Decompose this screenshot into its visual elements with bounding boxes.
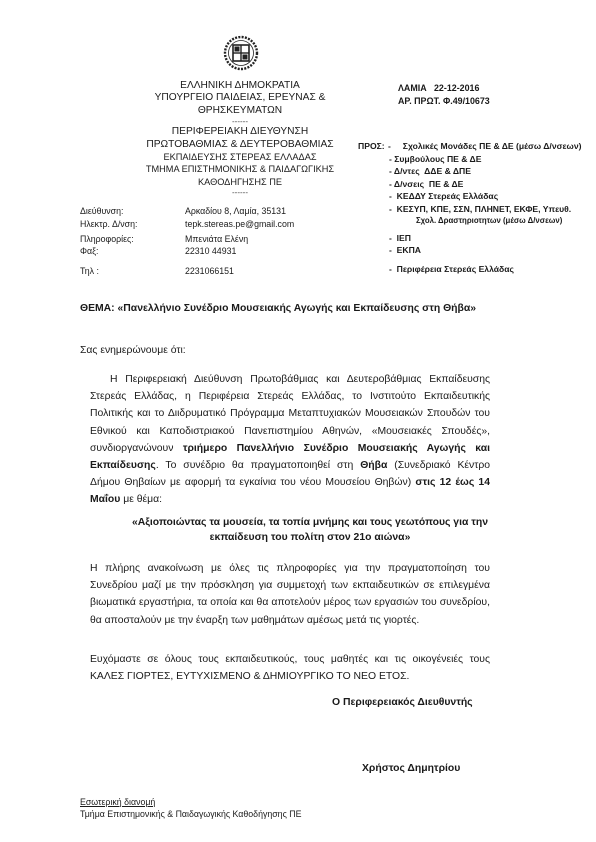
sender-line: ΠΕΡΙΦΕΡΕΙΑΚΗ ΔΙΕΥΘΥΝΣΗ xyxy=(100,126,380,138)
recipient-item: ΠΡΟΣ:- Σχολικές Μονάδες ΠΕ & ΔΕ (μέσω Δ/… xyxy=(358,140,581,153)
contact-email: Ηλεκτρ. Δ/νση: tepk.stereas.pe@gmail.com xyxy=(80,218,294,231)
sender-line: ΤΜΗΜΑ ΕΠΙΣΤΗΜΟΝΙΚΗΣ & ΠΑΙΔΑΓΩΓΙΚΗΣ xyxy=(100,163,380,175)
contact-phone: Τηλ : 2231066151 xyxy=(80,265,294,278)
conference-location: Θήβα xyxy=(360,460,387,471)
sender-line: ΕΛΛΗΝΙΚΗ ΔΗΜΟΚΡΑΤΙΑ xyxy=(100,80,380,92)
protocol-number: ΑΡ. ΠΡΩΤ. Φ.49/10673 xyxy=(398,95,490,108)
recipient-item: - ΙΕΠ xyxy=(358,232,581,245)
internal-distribution: Εσωτερική διανομή Τμήμα Επιστημονικής & … xyxy=(80,796,301,821)
contact-label: Διεύθυνση: xyxy=(80,205,185,218)
separator: ------ xyxy=(100,117,380,126)
internal-distribution-item: Τμήμα Επιστημονικής & Παιδαγωγικής Καθοδ… xyxy=(80,808,301,820)
sender-line: ΥΠΟΥΡΓΕΙΟ ΠΑΙΔΕΙΑΣ, ΕΡΕΥΝΑΣ & xyxy=(100,92,380,104)
signature-title: Ο Περιφερειακός Διευθυντής xyxy=(332,697,473,708)
subject-line: ΘΕΜΑ: «Πανελλήνιο Συνέδριο Μουσειακής Αγ… xyxy=(80,303,476,314)
recipient-item: - Δ/νσεις ΠΕ & ΔΕ xyxy=(358,178,581,191)
separator: ------ xyxy=(100,188,380,197)
recipient-item: - Συμβούλους ΠΕ & ΔΕ xyxy=(358,153,581,166)
body-paragraph: Ευχόμαστε σε όλους τους εκπαιδευτικούς, … xyxy=(90,651,490,685)
contact-value: 22310 44931 xyxy=(185,245,236,258)
sender-line: ΕΚΠΑΙΔΕΥΣΗΣ ΣΤΕΡΕΑΣ ΕΛΛΑΔΑΣ xyxy=(100,151,380,163)
contact-value: Αρκαδίου 8, Λαμία, 35131 xyxy=(185,205,286,218)
recipient-item: - ΕΚΠΑ xyxy=(358,244,581,257)
recipient-item: - Περιφέρεια Στερεάς Ελλάδας xyxy=(358,263,581,276)
contact-value: tepk.stereas.pe@gmail.com xyxy=(185,218,294,231)
recipients-prefix: ΠΡΟΣ: xyxy=(358,140,388,153)
sender-line: ΠΡΩΤΟΒΑΘΜΙΑΣ & ΔΕΥΤΕΡΟΒΑΘΜΙΑΣ xyxy=(100,139,380,151)
sender-header: ΕΛΛΗΝΙΚΗ ΔΗΜΟΚΡΑΤΙΑ ΥΠΟΥΡΓΕΙΟ ΠΑΙΔΕΙΑΣ, … xyxy=(100,80,380,197)
body-paragraph: Η πλήρης ανακοίνωση με όλες τις πληροφορ… xyxy=(90,560,490,629)
recipient-item: - Δ/ντες ΔΔΕ & ΔΠΕ xyxy=(358,165,581,178)
contact-label: Τηλ : xyxy=(80,265,185,278)
contact-label: Φαξ: xyxy=(80,245,185,258)
contact-label: Ηλεκτρ. Δ/νση: xyxy=(80,218,185,231)
conference-theme: «Αξιοποιώντας τα μουσεία, τα τοπία μνήμη… xyxy=(115,515,505,545)
recipient-item: - ΚΕΔΔΥ Στερεάς Ελλάδας xyxy=(358,190,581,203)
contact-label: Πληροφορίες: xyxy=(80,233,185,246)
body-paragraph: Η Περιφερειακή Διεύθυνση Πρωτοβάθμιας κα… xyxy=(90,371,490,509)
signature-name: Χρήστος Δημητρίου xyxy=(362,763,460,774)
contact-value: Μπενιάτα Ελένη xyxy=(185,233,248,246)
contact-info: Διεύθυνση: Αρκαδίου 8, Λαμία, 35131 Ηλεκ… xyxy=(80,205,294,277)
contact-fax: Φαξ: 22310 44931 xyxy=(80,245,294,258)
greek-state-emblem-icon xyxy=(222,34,260,72)
recipient-item-continuation: Σχολ. Δραστηριοτητων (μέσω Δ/νσεων) xyxy=(358,215,581,228)
contact-address: Διεύθυνση: Αρκαδίου 8, Λαμία, 35131 xyxy=(80,205,294,218)
recipient-item: - ΚΕΣΥΠ, ΚΠΕ, ΣΣΝ, ΠΛΗΝΕΤ, ΕΚΦΕ, Υπευθ. xyxy=(358,203,581,216)
greeting: Σας ενημερώνουμε ότι: xyxy=(80,345,186,356)
sender-line: ΘΡΗΣΚΕΥΜΑΤΩΝ xyxy=(100,105,380,117)
recipients: ΠΡΟΣ:- Σχολικές Μονάδες ΠΕ & ΔΕ (μέσω Δ/… xyxy=(358,140,581,275)
place-date: ΛΑΜΙΑ 22-12-2016 xyxy=(398,82,490,95)
document-info: ΛΑΜΙΑ 22-12-2016 ΑΡ. ΠΡΩΤ. Φ.49/10673 xyxy=(398,82,490,107)
contact-value: 2231066151 xyxy=(185,265,234,278)
contact-info-person: Πληροφορίες: Μπενιάτα Ελένη xyxy=(80,233,294,246)
internal-distribution-heading: Εσωτερική διανομή xyxy=(80,796,301,808)
sender-line: ΚΑΘΟΔΗΓΗΣΗΣ ΠΕ xyxy=(100,176,380,188)
